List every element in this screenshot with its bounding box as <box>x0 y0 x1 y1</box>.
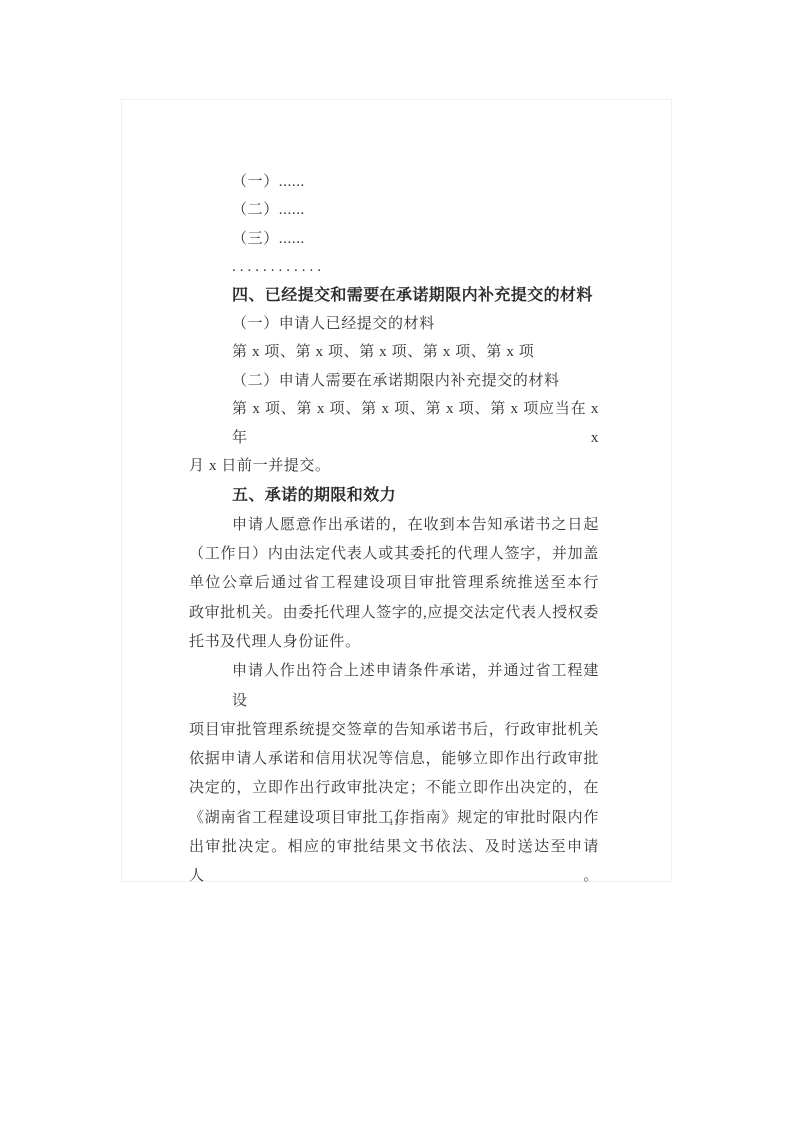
paragraph-line: 依据申请人承诺和信用状况等信息，能够立即作出行政审批 <box>189 745 599 774</box>
heading-section-four: 四、已经提交和需要在承诺期限内补充提交的材料 <box>189 282 599 310</box>
items-list-line: 第 x 项、第 x 项、第 x 项、第 x 项、第 x 项 <box>189 338 599 366</box>
paragraph-line: 单位公章后通过省工程建设项目审批管理系统推送至本行 <box>189 569 599 598</box>
paragraph-line: 申请人作出符合上述申请条件承诺，并通过省工程建设 <box>189 657 599 716</box>
document-body: （一）...... （二）...... （三）...... ..........… <box>189 168 599 892</box>
paragraph-line: 月 x 日前一并提交。 <box>189 452 599 480</box>
page-number: 115 <box>122 818 671 828</box>
paragraph-line: 决定的，立即作出行政审批决定；不能立即作出决定的，在 <box>189 774 599 803</box>
section-five: 五、承诺的期限和效力 申请人愿意作出承诺的，在收到本告知承诺书之日起 （工作日）… <box>189 481 599 891</box>
ellipsis-line: ............ <box>189 253 599 281</box>
paragraph-line: （工作日）内由法定代表人或其委托的代理人签字，并加盖 <box>189 540 599 569</box>
paragraph-line: 托书及代理人身份证件。 <box>189 628 599 657</box>
document-page: （一）...... （二）...... （三）...... ..........… <box>121 99 672 882</box>
list-item-one: （一）...... <box>189 168 599 196</box>
paragraph-line: 申请人愿意作出承诺的，在收到本告知承诺书之日起 <box>189 511 599 540</box>
list-item-two: （二）...... <box>189 196 599 224</box>
section-four: （一）...... （二）...... （三）...... ..........… <box>189 168 599 480</box>
heading-section-five: 五、承诺的期限和效力 <box>189 481 599 510</box>
paragraph-line: 项目审批管理系统提交签章的告知承诺书后，行政审批机关 <box>189 716 599 745</box>
paragraph-line: 出审批决定。相应的审批结果文书依法、及时送达至申请人。 <box>189 833 599 892</box>
subheading-supplementary-materials: （二）申请人需要在承诺期限内补充提交的材料 <box>189 367 599 395</box>
list-item-three: （三）...... <box>189 225 599 253</box>
paragraph-line: 第 x 项、第 x 项、第 x 项、第 x 项、第 x 项应当在 x 年 x <box>189 395 599 452</box>
subheading-submitted-materials: （一）申请人已经提交的材料 <box>189 310 599 338</box>
paragraph-line: 政审批机关。由委托代理人签字的,应提交法定代表人授权委 <box>189 599 599 628</box>
